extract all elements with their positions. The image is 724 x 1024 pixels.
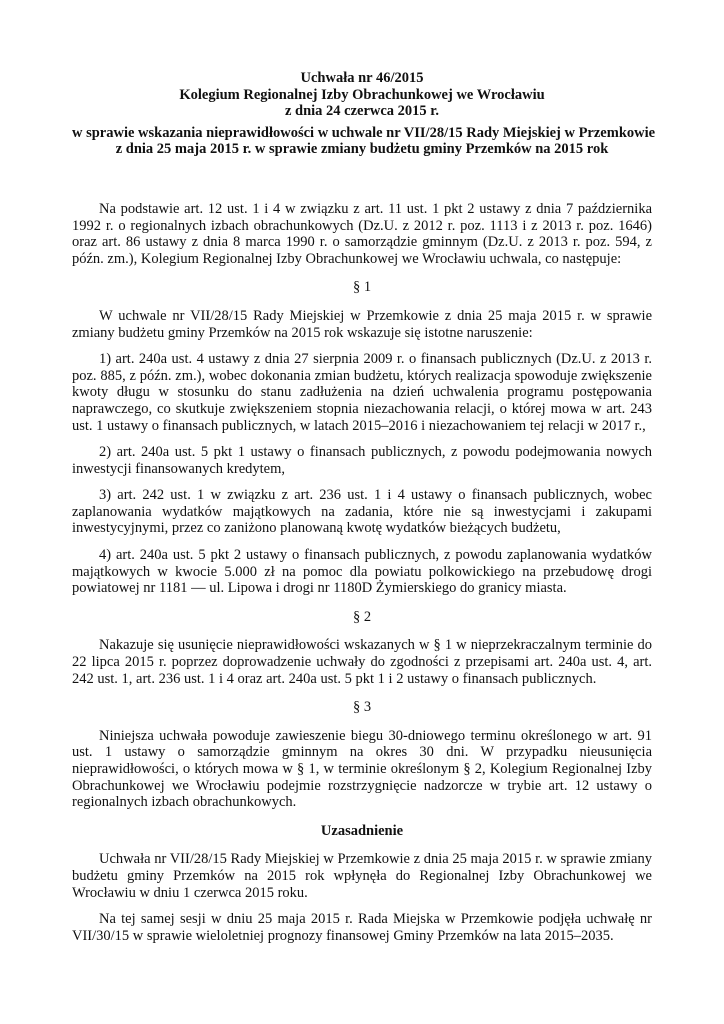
- issuing-authority: Kolegium Regionalnej Izby Obrachunkowej …: [72, 87, 652, 104]
- section-2-text: Nakazuje się usunięcie nieprawidłowości …: [72, 637, 652, 687]
- section-3-text: Niniejsza uchwała powoduje zawieszenie b…: [72, 728, 652, 811]
- justification-paragraph-2: Na tej samej sesji w dniu 25 maja 2015 r…: [72, 911, 652, 944]
- violation-item-3: 3) art. 242 ust. 1 w związku z art. 236 …: [72, 487, 652, 537]
- violation-item-2: 2) art. 240a ust. 5 pkt 1 ustawy o finan…: [72, 444, 652, 477]
- violation-item-1: 1) art. 240a ust. 4 ustawy z dnia 27 sie…: [72, 351, 652, 434]
- document-header: Uchwała nr 46/2015 Kolegium Regionalnej …: [72, 70, 652, 158]
- justification-heading: Uzasadnienie: [72, 823, 652, 840]
- resolution-subject-line-1: w sprawie wskazania nieprawidłowości w u…: [72, 125, 652, 142]
- justification-paragraph-1: Uchwała nr VII/28/15 Rady Miejskiej w Pr…: [72, 851, 652, 901]
- violation-item-4: 4) art. 240a ust. 5 pkt 2 ustawy o finan…: [72, 547, 652, 597]
- section-1-marker: § 1: [72, 279, 652, 296]
- resolution-date: z dnia 24 czerwca 2015 r.: [72, 103, 652, 120]
- resolution-subject-line-2: z dnia 25 maja 2015 r. w sprawie zmiany …: [72, 141, 652, 158]
- document-body: Na podstawie art. 12 ust. 1 i 4 w związk…: [72, 201, 652, 944]
- legal-basis-paragraph: Na podstawie art. 12 ust. 1 i 4 w związk…: [72, 201, 652, 267]
- document-page: Uchwała nr 46/2015 Kolegium Regionalnej …: [0, 0, 724, 1024]
- resolution-subject: w sprawie wskazania nieprawidłowości w u…: [72, 125, 652, 158]
- section-3-marker: § 3: [72, 699, 652, 716]
- section-2-marker: § 2: [72, 609, 652, 626]
- resolution-number: Uchwała nr 46/2015: [72, 70, 652, 87]
- section-1-intro: W uchwale nr VII/28/15 Rady Miejskiej w …: [72, 308, 652, 341]
